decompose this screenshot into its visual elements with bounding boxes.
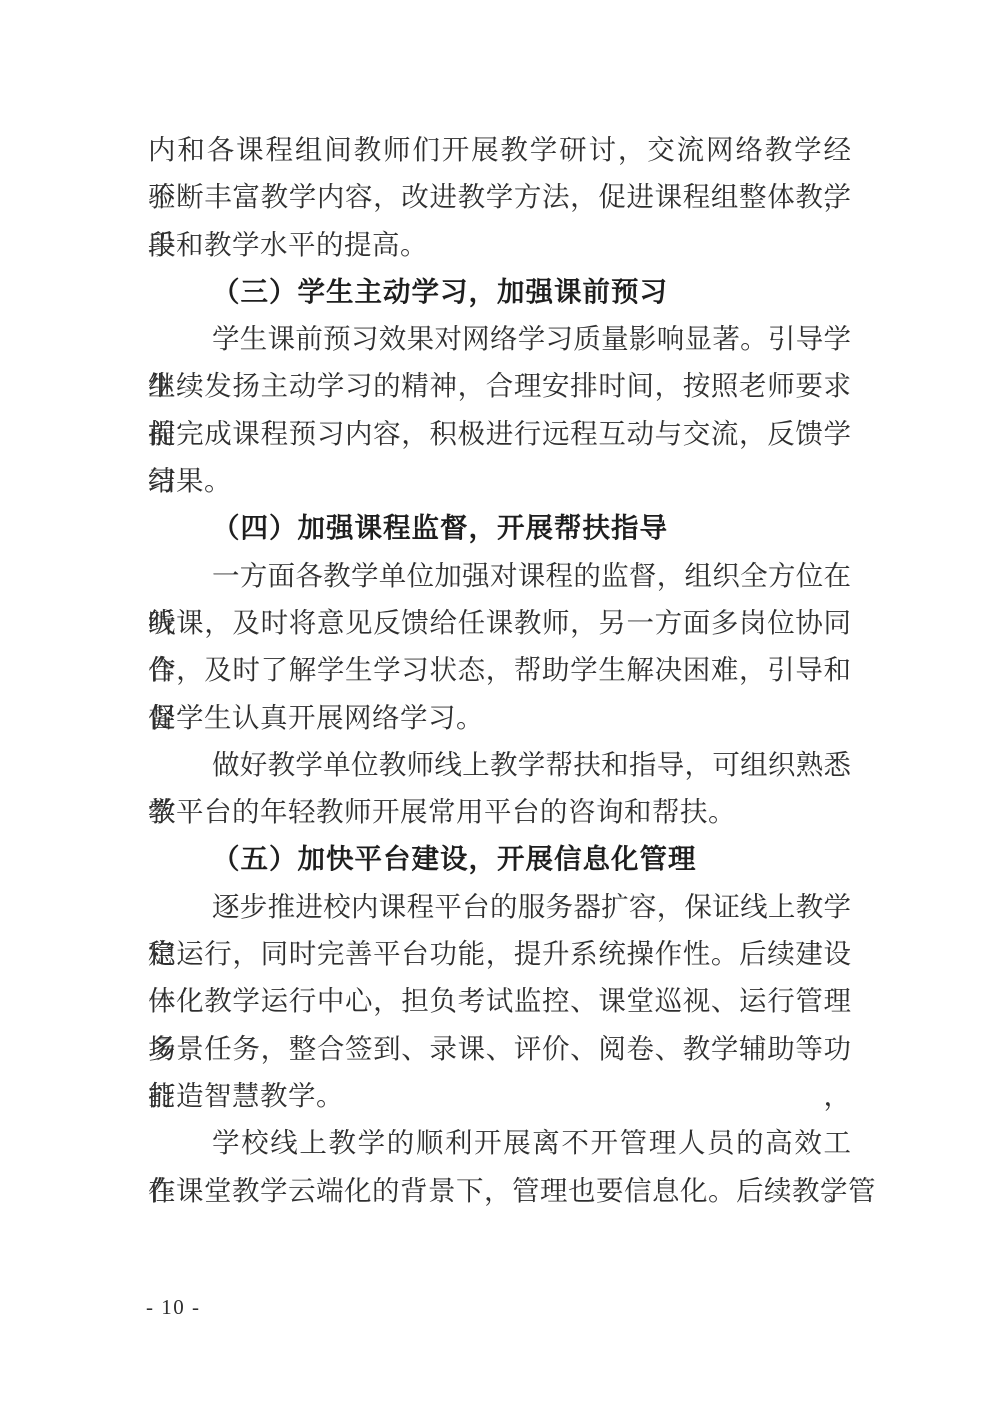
- paragraph-line: 场景任务，整合签到、录课、评价、阅卷、教学辅助等功能，: [148, 1025, 851, 1072]
- paragraph-line: 前完成课程预习内容，积极进行远程互动与交流，反馈学习: [148, 410, 851, 457]
- paragraph-line: 定运行，同时完善平台功能，提升系统操作性。后续建设一: [148, 930, 851, 977]
- paragraph-line: 在课堂教学云端化的背景下，管理也要信息化。后续教学管: [148, 1167, 851, 1214]
- paragraph-line: 逐步推进校内课程平台的服务器扩容，保证线上教学稳: [148, 883, 851, 930]
- paragraph-line: 一方面各教学单位加强对课程的监督，组织全方位在线: [148, 552, 851, 599]
- paragraph-line: 听课，及时将意见反馈给任课教师，另一方面多岗位协同合: [148, 599, 851, 646]
- section-heading-line: （四）加强课程监督，开展帮扶指导: [148, 504, 851, 551]
- paragraph-line: 作，及时了解学生学习状态，帮助学生解决困难，引导和督: [148, 646, 851, 693]
- paragraph-line: 做好教学单位教师线上教学帮扶和指导，可组织熟悉教: [148, 741, 851, 788]
- document-page: 内和各课程组间教师们开展教学研讨，交流网络教学经验，不断丰富教学内容，改进教学方…: [0, 0, 992, 1403]
- page-number: - 10 -: [146, 1295, 201, 1320]
- paragraph-line: 学生课前预习效果对网络学习质量影响显著。引导学生: [148, 315, 851, 362]
- paragraph-line: 段和教学水平的提高。: [148, 221, 851, 268]
- paragraph-line: 学平台的年轻教师开展常用平台的咨询和帮扶。: [148, 788, 851, 835]
- paragraph-line: 继续发扬主动学习的精神，合理安排时间，按照老师要求提: [148, 362, 851, 409]
- section-heading-line: （三）学生主动学习，加强课前预习: [148, 268, 851, 315]
- paragraph-line: 体化教学运行中心，担负考试监控、课堂巡视、运行管理多: [148, 977, 851, 1024]
- paragraph-line: 促学生认真开展网络学习。: [148, 694, 851, 741]
- paragraph-line: 不断丰富教学内容，改进教学方法，促进课程组整体教学手: [148, 173, 851, 220]
- section-heading-line: （五）加快平台建设，开展信息化管理: [148, 835, 851, 882]
- paragraph-line: 结果。: [148, 457, 851, 504]
- paragraph-line: 学校线上教学的顺利开展离不开管理人员的高效工作。: [148, 1119, 851, 1166]
- text-column: 内和各课程组间教师们开展教学研讨，交流网络教学经验，不断丰富教学内容，改进教学方…: [148, 126, 851, 1214]
- paragraph-line: 内和各课程组间教师们开展教学研讨，交流网络教学经验，: [148, 126, 851, 173]
